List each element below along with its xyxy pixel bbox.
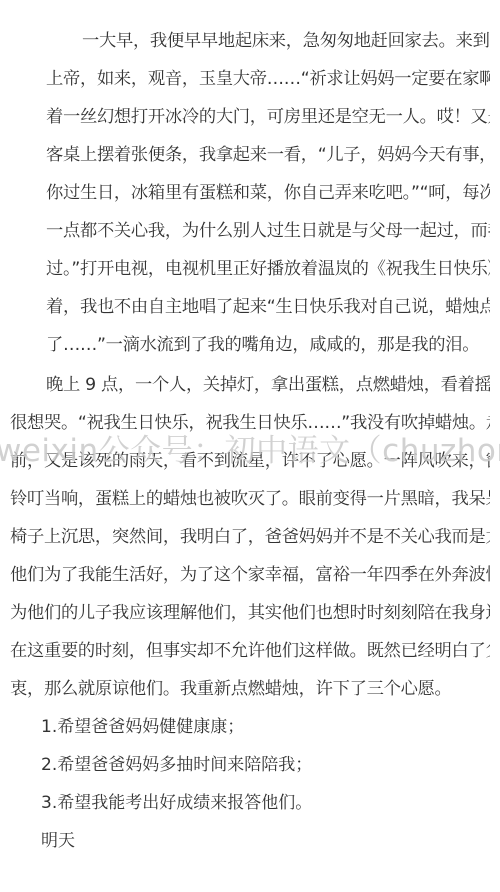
wish-list: 1.希望爸爸妈妈健健康康； 2.希望爸爸妈妈多抽时间来陪陪我； 3.希望我能考出… xyxy=(10,708,490,822)
text-line: 他们为了我能生活好，为了这个家幸福，富裕一年四季在外奔波忙碌。作 xyxy=(10,556,490,594)
text-line: 晚上 9 点，一个人，关掉灯，拿出蛋糕，点燃蜡烛，看着摇曳的烛光， xyxy=(10,366,490,404)
text-line: 为他们的儿子我应该理解他们，其实他们也想时时刻刻陪在我身边特别是 xyxy=(10,594,490,632)
essay-body: 一大早，我便早早地起床来，急匆匆地赶回家去。来到家门前，先向 上帝，如来，观音，… xyxy=(10,22,490,860)
wish-item: 2.希望爸爸妈妈多抽时间来陪陪我； xyxy=(10,746,490,784)
text-line: 一大早，我便早早地起床来，急匆匆地赶回家去。来到家门前，先向 xyxy=(10,22,490,60)
text-line: 客桌上摆着张便条，我拿起来一看，“儿子，妈妈今天有事，不能在家陪 xyxy=(10,136,490,174)
text-line: 铃叮当响，蛋糕上的蜡烛也被吹灭了。眼前变得一片黑暗，我呆呆地坐在 xyxy=(10,480,490,518)
paragraph-1: 一大早，我便早早地起床来，急匆匆地赶回家去。来到家门前，先向 上帝，如来，观音，… xyxy=(10,22,490,364)
paragraph-2: 晚上 9 点，一个人，关掉灯，拿出蛋糕，点燃蜡烛，看着摇曳的烛光， 很想哭。“祝… xyxy=(10,366,490,708)
text-line: 前，又是该死的雨天，看不到流星，许不了心愿。一阵风吹来，窗前的风 xyxy=(10,442,490,480)
text-line: 你过生日，冰箱里有蛋糕和菜，你自己弄来吃吧。”“呵，每次都这样， xyxy=(10,174,490,212)
text-line: 了……”一滴水流到了我的嘴角边，咸咸的，那是我的泪。 xyxy=(10,326,490,364)
text-line: 在这重要的时刻，但事实却不允许他们这样做。既然已经明白了父母的苦 xyxy=(10,632,490,670)
text-line: 椅子上沉思，突然间，我明白了，爸爸妈妈并不是不关心我而是太忙了， xyxy=(10,518,490,556)
text-line: 衷，那么就原谅他们。我重新点燃蜡烛，许下了三个心愿。 xyxy=(10,670,490,708)
wish-item: 1.希望爸爸妈妈健健康康； xyxy=(10,708,490,746)
closing-line: 明天 xyxy=(10,822,490,860)
text-line: 上帝，如来，观音，玉皇大帝……“祈求让妈妈一定要在家啊！”，我抱 xyxy=(10,60,490,98)
text-line: 一点都不关心我，为什么别人过生日就是与父母一起过，而我却是自己 xyxy=(10,212,490,250)
text-line: 过。”打开电视，电视机里正好播放着温岚的《祝我生日快乐》，听着听 xyxy=(10,250,490,288)
wish-item: 3.希望我能考出好成绩来报答他们。 xyxy=(10,784,490,822)
text-line: 很想哭。“祝我生日快乐，祝我生日快乐……”我没有吹掉蜡烛。走到窗 xyxy=(10,404,490,442)
text-line: 着，我也不由自主地唱了起来“生日快乐我对自己说，蜡烛点了，寂寞亮 xyxy=(10,288,490,326)
text-line: 着一丝幻想打开冰冷的大门，可房里还是空无一人。哎！又是南柯一梦， xyxy=(10,98,490,136)
